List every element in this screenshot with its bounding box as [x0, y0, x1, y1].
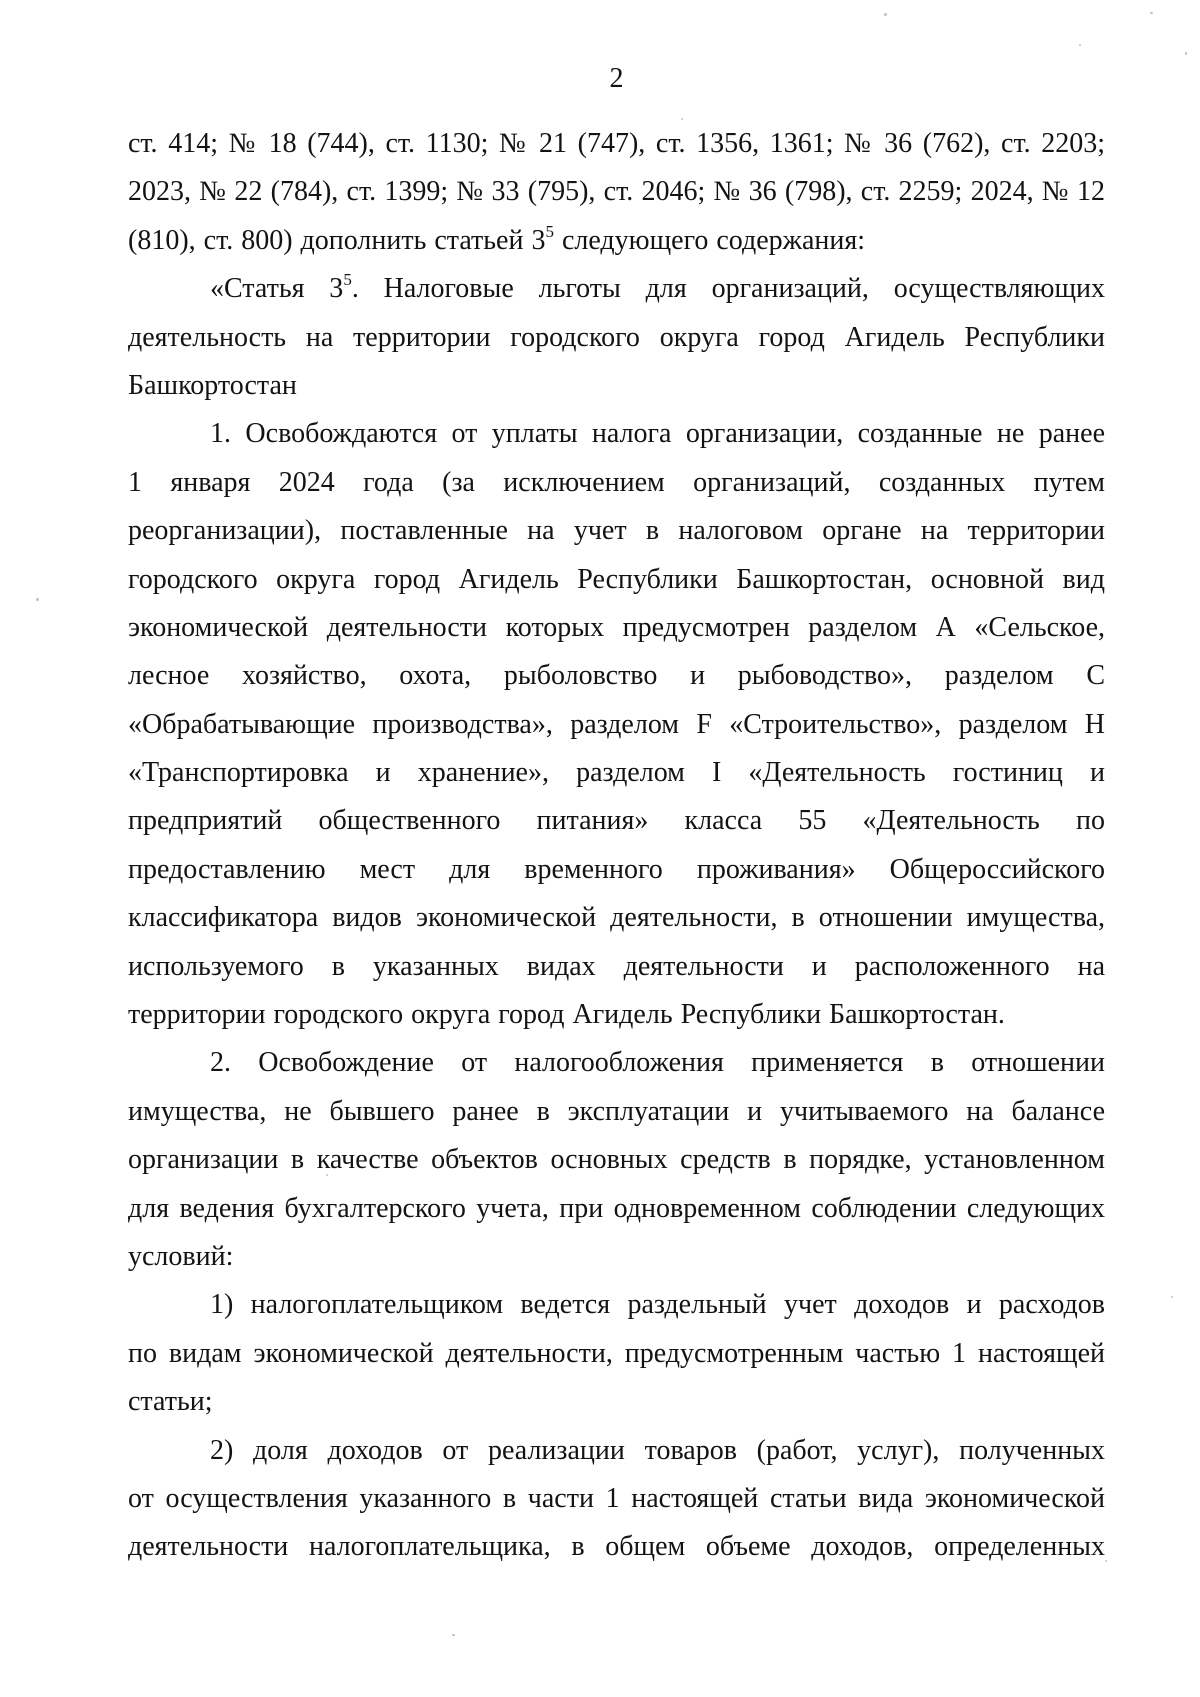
scan-speck	[326, 1174, 328, 1176]
scan-speck	[1105, 1560, 1107, 1562]
text-line: «Транспортировка и хранение», разделом I…	[128, 749, 1105, 797]
text-line: предприятий общественного питания» класс…	[128, 797, 1105, 845]
text-line: предоставлению мест для временного прожи…	[128, 846, 1105, 894]
text-line: территории городского округа город Агиде…	[128, 991, 1105, 1039]
text-line: классификатора видов экономической деяте…	[128, 894, 1105, 942]
text-line: условий:	[128, 1233, 1105, 1281]
text-line: 2) доля доходов от реализации товаров (р…	[128, 1427, 1105, 1475]
text-line: 1 января 2024 года (за исключением орган…	[128, 459, 1105, 507]
text-line: для ведения бухгалтерского учета, при од…	[128, 1185, 1105, 1233]
text-line: (810), ст. 800) дополнить статьей 35 сле…	[128, 217, 1105, 265]
text-line: реорганизации), поставленные на учет в н…	[128, 507, 1105, 555]
text-line: деятельности налогоплательщика, в общем …	[128, 1523, 1105, 1571]
scan-speck	[884, 13, 887, 16]
scan-speck	[36, 598, 39, 601]
text-line: 1. Освобождаются от уплаты налога органи…	[128, 410, 1105, 458]
text-line: организации в качестве объектов основных…	[128, 1136, 1105, 1184]
superscript: 5	[343, 270, 352, 289]
text-line: 2023, № 22 (784), ст. 1399; № 33 (795), …	[128, 168, 1105, 216]
text-line: Башкортостан	[128, 362, 1105, 410]
scan-speck	[452, 1634, 455, 1636]
page-number: 2	[128, 64, 1105, 94]
document-body: ст. 414; № 18 (744), ст. 1130; № 21 (747…	[128, 120, 1105, 1572]
scan-speck	[1150, 12, 1153, 14]
text-line: 2. Освобождение от налогообложения приме…	[128, 1039, 1105, 1087]
text-line: деятельность на территории городского ок…	[128, 314, 1105, 362]
text-line: лесное хозяйство, охота, рыболовство и р…	[128, 652, 1105, 700]
text-line: используемого в указанных видах деятельн…	[128, 943, 1105, 991]
text-line: от осуществления указанного в части 1 на…	[128, 1475, 1105, 1523]
superscript: 5	[545, 222, 554, 241]
text-line: «Обрабатывающие производства», разделом …	[128, 701, 1105, 749]
text-line: городского округа город Агидель Республи…	[128, 556, 1105, 604]
text-line: «Статья 35. Налоговые льготы для организ…	[128, 265, 1105, 313]
scanned-document-page: 2 ст. 414; № 18 (744), ст. 1130; № 21 (7…	[0, 0, 1200, 1697]
scan-speck	[1079, 44, 1081, 46]
text-line: по видам экономической деятельности, пре…	[128, 1330, 1105, 1378]
scan-speck	[1185, 52, 1187, 55]
text-line: ст. 414; № 18 (744), ст. 1130; № 21 (747…	[128, 120, 1105, 168]
text-line: 1) налогоплательщиком ведется раздельный…	[128, 1281, 1105, 1329]
text-line: имущества, не бывшего ранее в эксплуатац…	[128, 1088, 1105, 1136]
scan-speck	[681, 118, 683, 120]
scan-speck	[1171, 1296, 1173, 1298]
text-line: статьи;	[128, 1378, 1105, 1426]
text-line: экономической деятельности которых преду…	[128, 604, 1105, 652]
